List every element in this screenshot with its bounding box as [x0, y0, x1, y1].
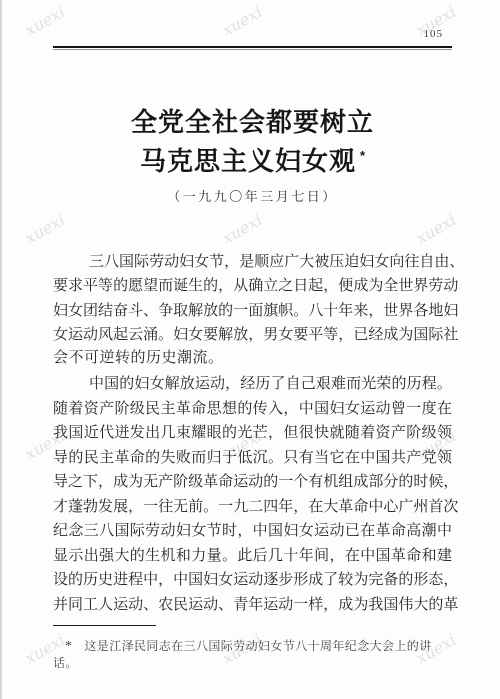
page-left-edge — [0, 0, 2, 699]
character: 平 — [83, 274, 98, 295]
character: 运 — [188, 593, 203, 614]
character: 命 — [391, 519, 406, 540]
character: 此 — [237, 544, 252, 565]
character: 程 — [128, 568, 143, 589]
character: 产 — [99, 397, 114, 418]
character: 中 — [299, 397, 314, 418]
character: 八 — [104, 250, 119, 271]
character: 女 — [194, 250, 209, 271]
character: 较 — [338, 568, 353, 589]
character: 动 — [248, 568, 263, 589]
character: 产 — [158, 470, 173, 491]
character: 中 — [253, 519, 268, 540]
character: 女 — [188, 323, 203, 344]
character: 高 — [406, 519, 421, 540]
character: 并 — [53, 593, 68, 614]
character: 国 — [413, 323, 428, 344]
character: 世 — [398, 274, 413, 295]
character: 劳 — [145, 519, 160, 540]
character: 革 — [391, 544, 406, 565]
character: 领 — [437, 421, 452, 442]
character: 首 — [428, 495, 443, 516]
footnote-marker: * — [65, 638, 72, 655]
character: 国 — [68, 421, 83, 442]
character: 发 — [130, 421, 145, 442]
character: 广 — [284, 250, 299, 271]
character: 农 — [158, 593, 173, 614]
character: 妇 — [443, 299, 458, 320]
character: 的 — [145, 446, 160, 467]
character: 从 — [233, 274, 248, 295]
character: 在 — [345, 544, 360, 565]
character: 入 — [268, 397, 283, 418]
character: 成 — [113, 470, 128, 491]
character: 成 — [338, 593, 353, 614]
character: 运 — [233, 568, 248, 589]
character: 国 — [376, 544, 391, 565]
character: 蓬 — [68, 495, 83, 516]
character: ， — [268, 421, 283, 442]
character: 望 — [143, 274, 158, 295]
character: 劳 — [428, 274, 443, 295]
character: 运 — [314, 519, 329, 540]
character: 九 — [233, 495, 248, 516]
character: 纪 — [53, 519, 68, 540]
character: 向 — [389, 250, 404, 271]
character: 成 — [353, 274, 368, 295]
character: 八 — [99, 519, 114, 540]
character: 、 — [218, 593, 233, 614]
character: 在 — [437, 397, 452, 418]
character: 成 — [308, 568, 323, 589]
document-body: 三八国际劳动妇女节，是顺应广大被压迫妇女向往自由、要求平等的愿望而诞生的，从确立… — [53, 248, 452, 616]
character: 阶 — [406, 421, 421, 442]
character: 念 — [68, 519, 83, 540]
character: 级 — [130, 397, 145, 418]
character: 了 — [271, 372, 286, 393]
character: ， — [323, 274, 338, 295]
date-line: （一九九〇年三月七日） — [53, 186, 452, 205]
character: 低 — [237, 446, 252, 467]
character: 出 — [84, 544, 99, 565]
character: 求 — [68, 274, 83, 295]
character: 建 — [437, 544, 452, 565]
character: ， — [323, 593, 338, 614]
character: 一 — [278, 470, 293, 491]
character: 妇 — [329, 397, 344, 418]
character: 被 — [314, 250, 329, 271]
character: 它 — [329, 446, 344, 467]
character: 而 — [346, 372, 361, 393]
character: 运 — [233, 470, 248, 491]
text-line: 要求平等的愿望而诞生的，从确立之日起，便成为全世界劳动 — [53, 273, 452, 298]
character: 曾 — [391, 397, 406, 418]
text-line: 女运动风起云涌。妇女要解放，男女要平等，已经成为国际社 — [53, 322, 452, 347]
character: 动 — [83, 323, 98, 344]
character: 妇 — [53, 299, 68, 320]
character: 动 — [128, 593, 143, 614]
character: 顺 — [254, 250, 269, 271]
character: 云 — [128, 323, 143, 344]
character: 随 — [345, 421, 360, 442]
character: 完 — [368, 568, 383, 589]
character: 已 — [353, 323, 368, 344]
character: 奋 — [113, 299, 128, 320]
character: 芒 — [253, 421, 268, 442]
character: 史 — [98, 568, 113, 589]
character: 思 — [207, 397, 222, 418]
character: 往 — [404, 250, 419, 271]
character: 导 — [53, 470, 68, 491]
character: 争 — [158, 299, 173, 320]
character: 世 — [383, 299, 398, 320]
character: 运 — [113, 593, 128, 614]
character: 起 — [113, 323, 128, 344]
character: 帜 — [278, 299, 293, 320]
character: ， — [443, 470, 458, 491]
character: 时 — [222, 519, 237, 540]
character: 运 — [360, 397, 375, 418]
character: 动 — [329, 519, 344, 540]
character: 无 — [173, 495, 188, 516]
character: 级 — [188, 470, 203, 491]
text-line: 设的历史进程中，中国妇女运动逐步形成了较为完备的形态， — [53, 567, 452, 592]
character: 和 — [422, 544, 437, 565]
character: 迸 — [114, 421, 129, 442]
character: 中 — [437, 519, 452, 540]
character: 光 — [361, 372, 376, 393]
character: 、 — [143, 299, 158, 320]
paragraph: 中国的妇女解放运动，经历了自己艰难而光荣的历程。随着资产阶级民主革命思想的传入，… — [53, 371, 452, 616]
character: 女 — [150, 372, 165, 393]
character: 年 — [248, 593, 263, 614]
character: 逐 — [263, 568, 278, 589]
character: 确 — [248, 274, 263, 295]
character: 动 — [164, 250, 179, 271]
character: 败 — [176, 446, 191, 467]
character: 一 — [293, 593, 308, 614]
page-number: 105 — [424, 28, 444, 40]
character: 全 — [383, 274, 398, 295]
character: 很 — [299, 421, 314, 442]
character: 在 — [360, 519, 375, 540]
character: 年 — [299, 544, 314, 565]
character: 阶 — [114, 397, 129, 418]
character: 民 — [173, 593, 188, 614]
text-line: 导之下，成为无产阶级革命运动的一个有机组成部分的时候， — [53, 469, 452, 494]
character: 要 — [203, 323, 218, 344]
character: 历 — [407, 372, 422, 393]
character: 着 — [360, 421, 375, 442]
character: 时 — [413, 470, 428, 491]
character: 劳 — [149, 250, 164, 271]
character: 革 — [376, 519, 391, 540]
character: 界 — [413, 274, 428, 295]
character: 际 — [130, 519, 145, 540]
character: 要 — [293, 323, 308, 344]
character: 中 — [143, 568, 158, 589]
character: 为 — [368, 274, 383, 295]
character: 命 — [130, 446, 145, 467]
character: 为 — [353, 593, 368, 614]
character: 的 — [130, 544, 145, 565]
character: 革 — [338, 495, 353, 516]
character: 国 — [104, 372, 119, 393]
character: 女 — [278, 323, 293, 344]
title-footnote-marker: * — [360, 148, 365, 163]
character: 运 — [263, 593, 278, 614]
character: 的 — [68, 446, 83, 467]
character: 团 — [83, 299, 98, 320]
character: 的 — [428, 593, 443, 614]
character: ， — [225, 372, 240, 393]
character: 大 — [114, 544, 129, 565]
character: 的 — [398, 568, 413, 589]
character: 同 — [68, 593, 83, 614]
character: 和 — [176, 544, 191, 565]
character: 勃 — [83, 495, 98, 516]
character: 就 — [329, 421, 344, 442]
character: 为 — [128, 470, 143, 491]
character: 运 — [68, 323, 83, 344]
character: 放 — [180, 372, 195, 393]
character: ， — [248, 323, 263, 344]
character: ， — [443, 568, 458, 589]
character: 年 — [278, 495, 293, 516]
character: 年 — [338, 299, 353, 320]
character: 涌 — [143, 323, 158, 344]
character: 国 — [268, 519, 283, 540]
character: 部 — [368, 470, 383, 491]
character: 历 — [255, 372, 270, 393]
character: 下 — [83, 470, 98, 491]
character: 展 — [113, 495, 128, 516]
character: 面 — [248, 299, 263, 320]
character: 组 — [338, 470, 353, 491]
character: 成 — [353, 470, 368, 491]
character: 有 — [308, 470, 323, 491]
character: 国 — [314, 397, 329, 418]
character: 放 — [233, 323, 248, 344]
character: 。 — [158, 323, 173, 344]
character: 想 — [222, 397, 237, 418]
character: 动 — [248, 470, 263, 491]
text-line: 纪念三八国际劳动妇女节时，中国妇女运动已在革命高潮中 — [53, 518, 452, 543]
character: 艰 — [316, 372, 331, 393]
character: 示 — [68, 544, 83, 565]
character: 命 — [191, 397, 206, 418]
character: 我 — [53, 421, 68, 442]
character: 机 — [323, 470, 338, 491]
character: 男 — [263, 323, 278, 344]
character: 形 — [293, 568, 308, 589]
character: 。 — [203, 495, 218, 516]
character: ， — [293, 495, 308, 516]
character: 度 — [422, 397, 437, 418]
character: 八 — [308, 299, 323, 320]
character: 在 — [345, 446, 360, 467]
character: 了 — [323, 568, 338, 589]
character: 潮 — [422, 519, 437, 540]
character: 沉 — [253, 446, 268, 467]
character: 女 — [374, 250, 389, 271]
character: 中 — [360, 544, 375, 565]
character: 中 — [89, 372, 104, 393]
character: 人 — [98, 593, 113, 614]
character: 压 — [329, 250, 344, 271]
character: 的 — [263, 470, 278, 491]
character: 才 — [53, 495, 68, 516]
character: 界 — [398, 299, 413, 320]
character: 设 — [53, 568, 68, 589]
character: 广 — [398, 495, 413, 516]
character: 于 — [222, 446, 237, 467]
character: 节 — [209, 250, 224, 271]
character: 一 — [143, 495, 158, 516]
title-block: 全党全社会都要树立 马克思主义妇女观* — [53, 106, 452, 178]
character: 导 — [53, 446, 68, 467]
character: 发 — [98, 495, 113, 516]
character: 民 — [84, 446, 99, 467]
character: 伟 — [398, 593, 413, 614]
character: 中 — [360, 446, 375, 467]
character: 形 — [413, 568, 428, 589]
text-line: 三八国际劳动妇女节，是顺应广大被压迫妇女向往自由、 — [53, 248, 452, 273]
character: 备 — [383, 568, 398, 589]
character: 归 — [207, 446, 222, 467]
character: 二 — [248, 495, 263, 516]
character: 国 — [188, 568, 203, 589]
character: 放 — [203, 299, 218, 320]
character: 己 — [301, 372, 316, 393]
character: 愿 — [128, 274, 143, 295]
character: 国 — [114, 519, 129, 540]
character: 几 — [268, 544, 283, 565]
character: 青 — [233, 593, 248, 614]
character: ， — [237, 519, 252, 540]
character: 光 — [237, 421, 252, 442]
character: 之 — [278, 274, 293, 295]
character: 失 — [161, 446, 176, 467]
character: 大 — [323, 495, 338, 516]
character: 命 — [406, 544, 421, 565]
document-title-line2: 马克思主义妇女观* — [53, 139, 452, 178]
character: 当 — [314, 446, 329, 467]
character: 的 — [392, 372, 407, 393]
character: 各 — [413, 299, 428, 320]
character: 动 — [376, 397, 391, 418]
character: 妇 — [176, 519, 191, 540]
character: 旗 — [263, 299, 278, 320]
character: 为 — [353, 568, 368, 589]
character: 革 — [176, 397, 191, 418]
character: 样 — [308, 593, 323, 614]
character: 间 — [314, 544, 329, 565]
character: 自 — [286, 372, 301, 393]
header-rule — [53, 46, 452, 50]
character: 资 — [84, 397, 99, 418]
character: 斗 — [128, 299, 143, 320]
character: 取 — [173, 299, 188, 320]
character: 产 — [391, 421, 406, 442]
character: 诞 — [173, 274, 188, 295]
character: 有 — [299, 446, 314, 467]
character: 地 — [428, 299, 443, 320]
character: 荣 — [376, 372, 391, 393]
document-page: xuexixuexixuexixuexixuexixuexixuexixuexi… — [0, 0, 500, 699]
character: 的 — [237, 397, 252, 418]
character: ， — [283, 397, 298, 418]
character: 动 — [443, 274, 458, 295]
text-line: 随着资产阶级民主革命思想的传入，中国妇女运动曾一度在 — [53, 395, 452, 420]
character: 起 — [308, 274, 323, 295]
text-line: 并同工人运动、农民运动、青年运动一样，成为我国伟大的革 — [53, 591, 452, 616]
character: 强 — [99, 544, 114, 565]
character: 州 — [413, 495, 428, 516]
character: 主 — [161, 397, 176, 418]
character: 大 — [413, 593, 428, 614]
character: 传 — [253, 397, 268, 418]
character: ， — [329, 544, 344, 565]
character: ， — [368, 299, 383, 320]
character: 次 — [443, 495, 458, 516]
character: 要 — [53, 274, 68, 295]
character: 的 — [68, 568, 83, 589]
character: 的 — [222, 421, 237, 442]
character: 分 — [383, 470, 398, 491]
character: 态 — [428, 568, 443, 589]
character: 在 — [308, 495, 323, 516]
character: 党 — [422, 446, 437, 467]
character: 妇 — [203, 568, 218, 589]
character: 三 — [89, 250, 104, 271]
character: ， — [218, 274, 233, 295]
character: 。 — [293, 299, 308, 320]
character: 无 — [143, 470, 158, 491]
character: 动 — [161, 519, 176, 540]
character: 已 — [345, 519, 360, 540]
character: 女 — [218, 568, 233, 589]
character: ， — [338, 323, 353, 344]
character: 的 — [113, 274, 128, 295]
character: 妇 — [179, 250, 194, 271]
character: 等 — [98, 274, 113, 295]
character: 便 — [338, 274, 353, 295]
character: 社 — [443, 323, 458, 344]
character: 迫 — [344, 250, 359, 271]
character: 自 — [419, 250, 434, 271]
character: ， — [224, 250, 239, 271]
character: 生 — [188, 274, 203, 295]
character: 。 — [268, 446, 283, 467]
character: 、 — [449, 250, 464, 271]
watermark: xuexi — [219, 210, 266, 248]
character: 解 — [165, 372, 180, 393]
text-line: 我国近代迸发出几束耀眼的光芒，但很快就随着资产阶级领 — [53, 420, 452, 445]
text-line: 中国的妇女解放运动，经历了自己艰难而光荣的历程。 — [53, 371, 452, 396]
character: 是 — [239, 250, 254, 271]
character: 四 — [263, 495, 278, 516]
character: 几 — [161, 421, 176, 442]
character: 大 — [299, 250, 314, 271]
character: 往 — [158, 495, 173, 516]
character: 我 — [368, 593, 383, 614]
character: 为 — [398, 323, 413, 344]
character: 力 — [191, 544, 206, 565]
character: 后 — [253, 544, 268, 565]
watermark: xuexi — [22, 2, 69, 40]
text-line: 显示出强大的生机和力量。此后几十年间，在中国革命和建 — [53, 542, 452, 567]
